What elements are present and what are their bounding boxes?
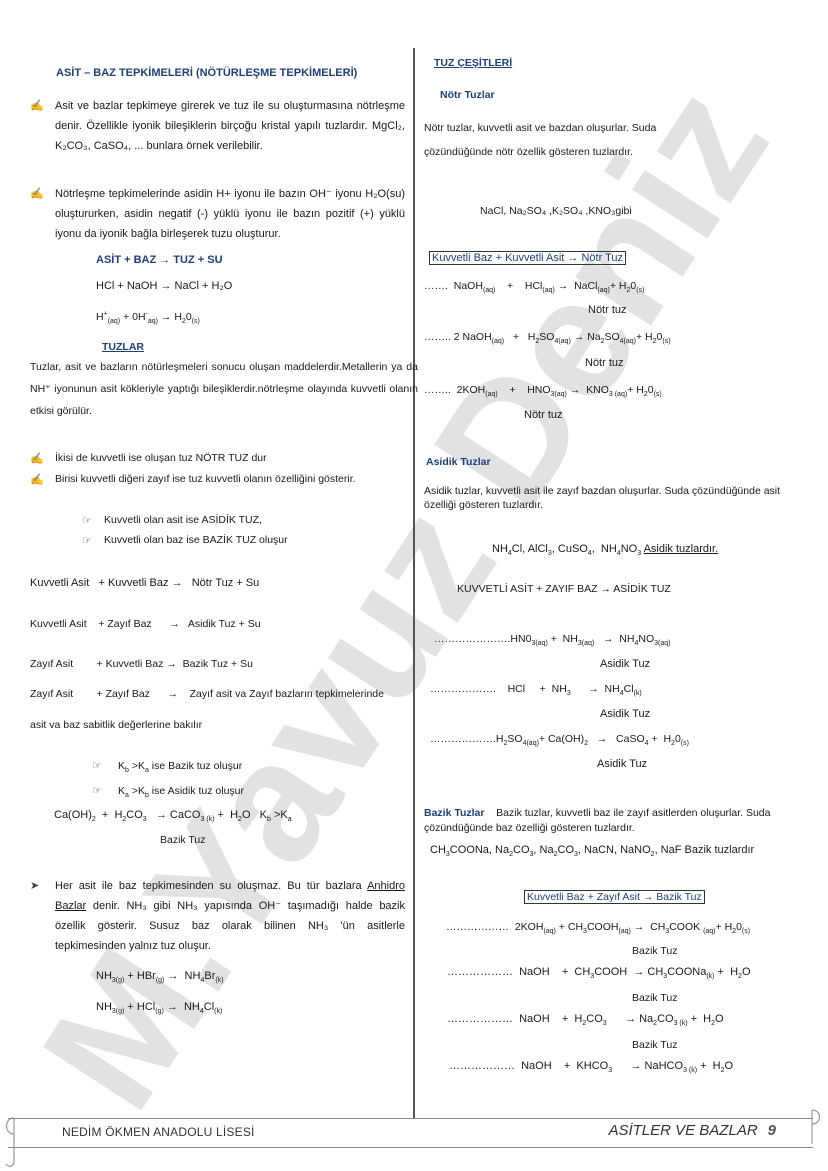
tuzlar-heading: TUZLAR: [102, 341, 144, 353]
acidic-equation-3: ……………….H2SO4(aq)+ Ca(OH)2 → CaSO4 + H20(…: [430, 733, 689, 745]
basic-label: Bazik Tuz: [632, 1039, 678, 1051]
combo-row: Kuvvetli Asit + Zayıf Baz → Asidik Tuz +…: [30, 618, 261, 630]
pen-bullet-icon: ✍: [30, 99, 44, 112]
combo-row: Kuvvetli Asit + Kuvvetli Baz → Nötr Tuz …: [30, 577, 259, 589]
basic-salts-heading: Bazik Tuzlar: [424, 807, 485, 819]
acidic-label: Asidik Tuz: [597, 758, 647, 770]
basic-salts-intro: Bazik Tuzlar Bazik tuzlar, kuvvetli baz …: [424, 807, 770, 819]
neutral-salts-text: çözündüğünde nötr özellik gösteren tuzla…: [424, 146, 633, 158]
neutral-label: Nötr tuz: [588, 304, 627, 316]
calcium-label: Bazik Tuz: [160, 834, 206, 846]
basic-equation-4: ……………… NaOH + KHCO3 → NaHCO3 (k) + H2O: [449, 1060, 733, 1072]
basic-formula-box: Kuvvetli Baz + Zayıf Asit → Bazik Tuz: [524, 891, 705, 903]
combo-note: asit va baz sabitlik değerlerine bakılır: [30, 719, 202, 731]
ionic-equation: H+(aq) + 0H-aq) → H20(s): [96, 311, 200, 323]
arrow-bullet-icon: ➤: [30, 879, 39, 892]
k-rule-acidic: Ka >Kb ise Asidik tuz oluşur: [118, 785, 244, 797]
basic-label: Bazik Tuz: [632, 945, 678, 957]
rule-dominant: Birisi kuvvetli diğeri zayıf ise tuz kuv…: [55, 473, 356, 485]
k-rule-basic: Kb >Ka ise Bazik tuz oluşur: [118, 760, 242, 772]
calcium-equation: Ca(OH)2 + H2CO3 → CaCO3 (k) + H2O Kb >Ka: [54, 809, 292, 821]
combo-row: Zayıf Asit + Kuvvetli Baz → Bazik Tuz + …: [30, 658, 253, 670]
basic-examples: CH3COONa, Na2CO3, Na2CO3, NaCN, NaNO2, N…: [430, 844, 754, 856]
basic-label: Bazik Tuz: [632, 992, 678, 1004]
basic-equation-1: ……………… 2KOH(aq) + CH3COOH(aq) → CH3COOK …: [446, 921, 750, 933]
acidic-equation-2: ………………. HCl + NH3 → NH4Cl(k): [430, 683, 642, 695]
rule-neutral: İkisi de kuvvetli ise oluşan tuz NÖTR TU…: [55, 452, 267, 464]
hcl-equation: HCl + NaOH → NaCl + H₂O: [96, 280, 232, 292]
neutral-label: Nötr tuz: [524, 409, 563, 421]
combo-row: Zayıf Asit + Zayıf Baz → Zayıf asit va Z…: [30, 688, 384, 700]
neutral-equation-2: …….. 2 NaOH(aq) + H2SO4(aq) → Na2SO4(aq)…: [424, 331, 671, 343]
nh3-hbr-equation: NH3(g) + HBr(g) → NH4Br(k): [96, 970, 224, 982]
pointing-hand-icon: ☞: [92, 759, 102, 772]
sub-rule-acidic: Kuvvetli olan asit ise ASİDİK TUZ,: [104, 514, 262, 526]
basic-equation-2: ……………… NaOH + CH3COOH → CH3COONa(k) + H2…: [447, 966, 751, 978]
footer-school-name: NEDİM ÖKMEN ANADOLU LİSESİ: [62, 1125, 255, 1139]
neutral-formula-box: Kuvvetli Baz + Kuvvetli Asit → Nötr Tuz: [429, 252, 626, 264]
acidic-label: Asidik Tuz: [600, 708, 650, 720]
acidic-salts-text: Asidik tuzlar, kuvvetli asit ile zayıf b…: [424, 484, 809, 512]
section-title: ASİT – BAZ TEPKİMELERİ (NÖTÜRLEŞME TEPKİ…: [56, 67, 357, 79]
acidic-salts-heading: Asidik Tuzlar: [426, 456, 491, 468]
general-equation: ASİT + BAZ → TUZ + SU: [96, 254, 223, 266]
acidic-examples: NH4Cl, AlCl3, CuSO4, NH4NO3 Asidik tuzla…: [492, 543, 718, 555]
column-divider: [413, 48, 415, 1118]
footer-subject: ASİTLER VE BAZLAR9: [608, 1122, 776, 1139]
salt-types-title: TUZ ÇEŞİTLERİ: [434, 57, 512, 69]
acidic-label: Asidik Tuz: [600, 658, 650, 670]
page-number: 9: [768, 1122, 776, 1139]
neutral-salts-text: Nötr tuzlar, kuvvetli asit ve bazdan olu…: [424, 122, 656, 134]
neutral-equation-3: …….. 2KOH(aq) + HNO3(aq) → KNO3 (aq)+ H2…: [424, 384, 662, 396]
pointing-hand-icon: ☞: [82, 514, 92, 527]
acidic-equation-1: ………………….HN03(aq) + NH3(aq) → NH4NO3(aq): [434, 633, 670, 645]
neutral-salts-heading: Nötr Tuzlar: [440, 89, 495, 101]
paragraph-neutralization: Asit ve bazlar tepkimeye girerek ve tuz …: [55, 96, 405, 156]
neutral-equation-1: ……. NaOH(aq) + HCl(aq) → NaCl(aq)+ H20(s…: [424, 280, 644, 292]
sub-rule-basic: Kuvvetli olan baz ise BAZİK TUZ oluşur: [104, 534, 288, 546]
tuzlar-text: Tuzlar, asit ve bazların nötürleşmeleri …: [30, 356, 418, 422]
nh3-hcl-equation: NH3(g) + HCl(g) → NH4Cl(k): [96, 1001, 222, 1013]
pen-bullet-icon: ✍: [30, 452, 44, 465]
neutral-label: Nötr tuz: [585, 357, 624, 369]
anhidro-paragraph: Her asit ile baz tepkimesinden su oluşma…: [55, 876, 405, 956]
pointing-hand-icon: ☞: [92, 784, 102, 797]
neutral-examples: NaCl, Na₂SO₄ ,K₂SO₄ ,KNO₃gibi: [480, 205, 632, 217]
pen-bullet-icon: ✍: [30, 473, 44, 486]
basic-equation-3: ……………… NaOH + H2CO3 → Na2CO3 (k) + H2O: [447, 1013, 724, 1025]
acidic-formula: KUVVETLİ ASİT + ZAYIF BAZ → ASİDİK TUZ: [457, 583, 671, 595]
pointing-hand-icon: ☞: [82, 534, 92, 547]
pen-bullet-icon: ✍: [30, 187, 44, 200]
basic-salts-text: çözündüğünde baz özelliği gösteren tuzla…: [424, 822, 635, 834]
paragraph-ions: Nötrleşme tepkimelerinde asidin H+ iyonu…: [55, 184, 405, 244]
